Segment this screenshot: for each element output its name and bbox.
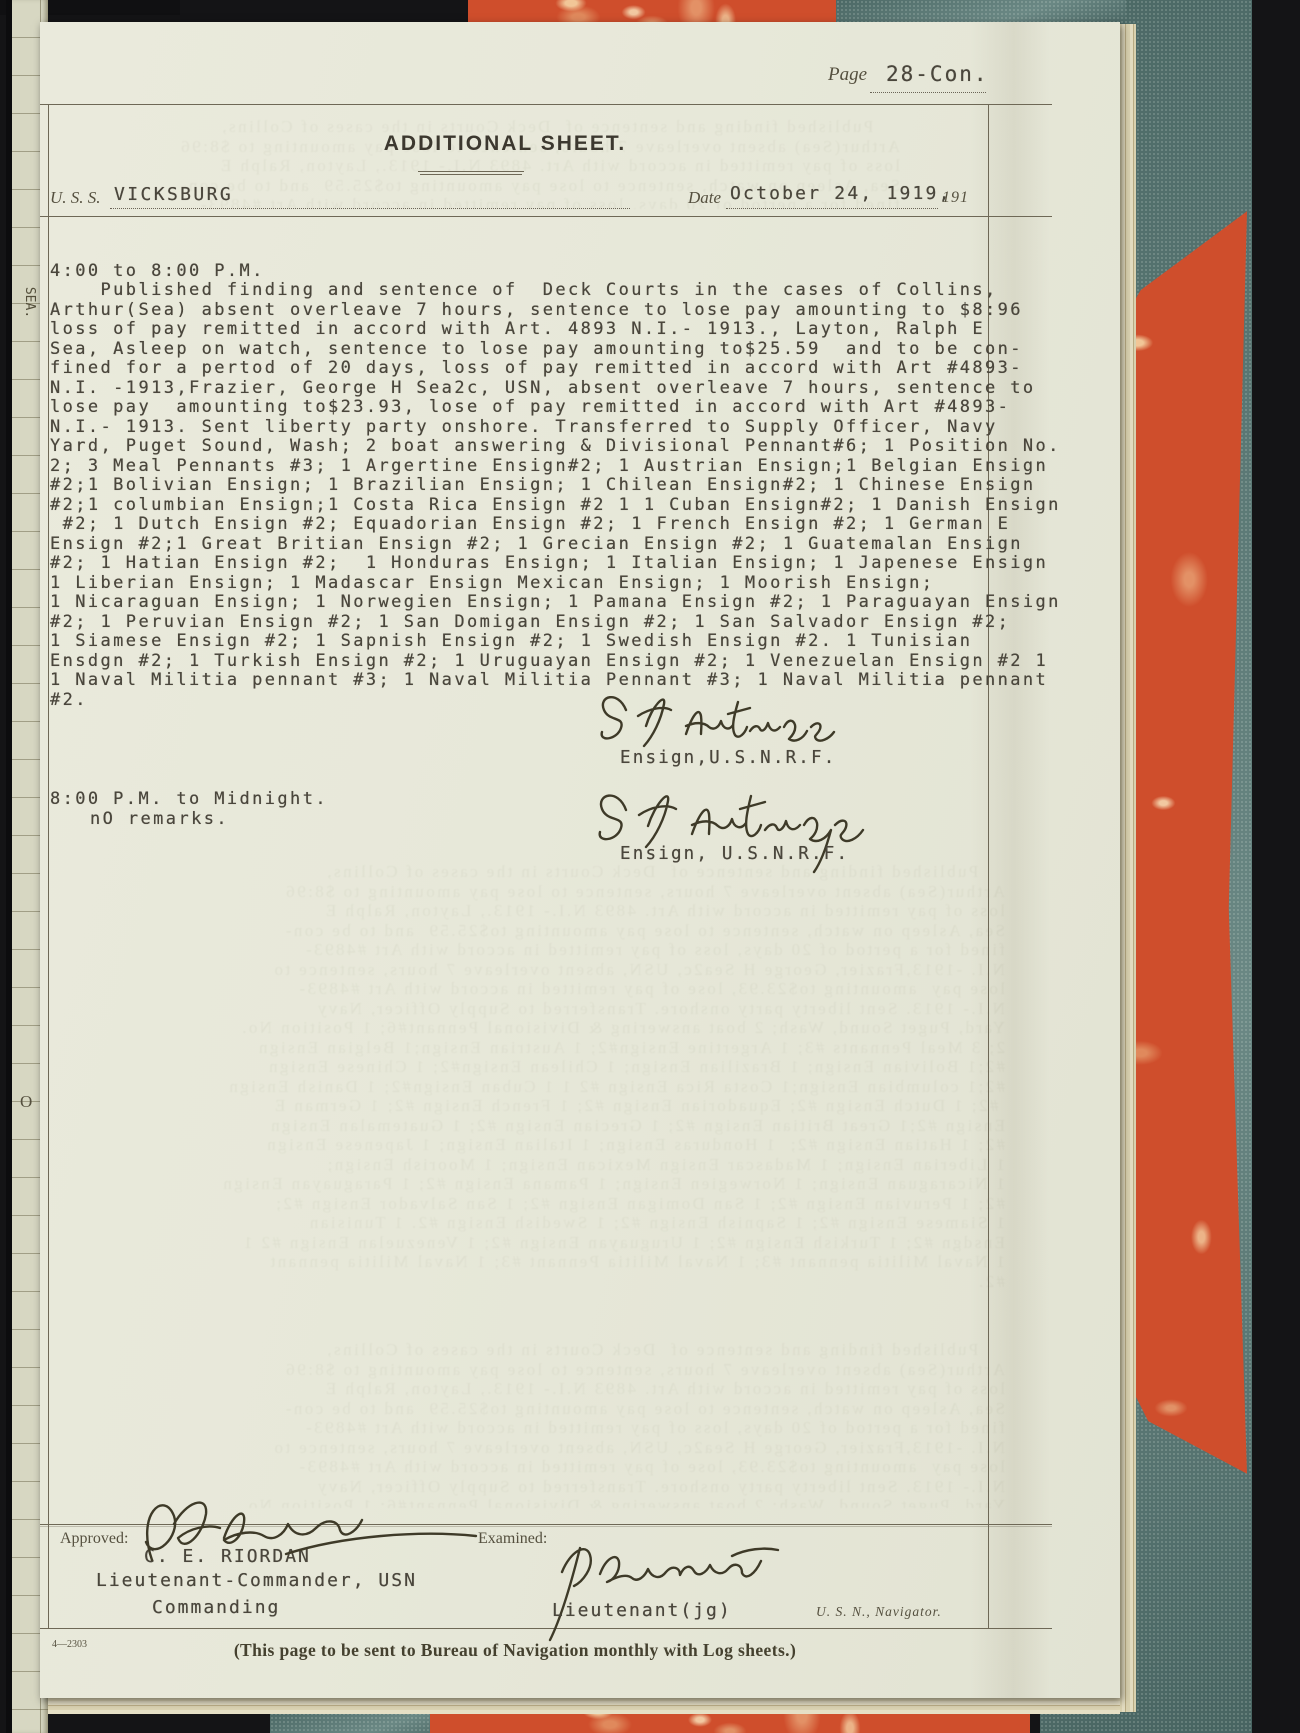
header-separator-rule	[40, 216, 1052, 217]
date-label: Date	[688, 188, 721, 208]
page-word-label: Page	[828, 64, 867, 86]
signature-rank-line: Ensign,U.S.N.R.F.	[620, 748, 837, 768]
page-number-underline	[870, 92, 986, 93]
approved-rank-line: Lieutenant-Commander, USN	[96, 1570, 417, 1591]
form-box-left-rule	[48, 104, 49, 1628]
watch-entry-time: 4:00 to 8:00 P.M.	[50, 262, 265, 282]
scanned-logbook-photo: { "side_strip": { "vertical_text": "SEA.…	[0, 0, 1300, 1733]
page-number: 28-Con.	[886, 62, 989, 86]
page-crease	[970, 22, 1050, 1698]
printed-year-stub: 191	[942, 189, 969, 207]
examined-rank-line: Lieutenant(jg)	[552, 1600, 732, 1621]
date-value: October 24, 1919,	[730, 183, 952, 204]
form-box-top-rule	[40, 104, 1052, 105]
watch-entry-body: Published finding and sentence of Deck C…	[50, 281, 1061, 710]
ship-prefix-label: U. S. S.	[50, 188, 101, 208]
navigator-label: U. S. N., Navigator.	[816, 1604, 942, 1620]
log-sheet-page: Published finding and sentence of Deck C…	[40, 22, 1120, 1698]
page-title: ADDITIONAL SHEET.	[340, 132, 670, 156]
form-number: 4—2303	[52, 1639, 87, 1650]
sliver-stray-character: O	[20, 1092, 32, 1112]
watch-entry-body: nO remarks.	[90, 810, 229, 830]
bleed-through-text: Published finding and sentence of Deck C…	[70, 862, 1005, 1324]
ship-name-underline	[110, 208, 630, 209]
approved-role-line: Commanding	[152, 1597, 280, 1618]
distribution-note: (This page to be sent to Bureau of Navig…	[160, 1640, 870, 1661]
title-underline	[418, 171, 524, 172]
ship-name: VICKSBURG	[114, 184, 233, 205]
date-underline	[726, 208, 938, 209]
hastings-signature	[592, 684, 847, 748]
signature-rank-line: Ensign, U.S.N.R.F.	[620, 844, 849, 864]
blomquist-signature	[532, 1528, 832, 1648]
sliver-vertical-label: SEA.	[22, 287, 37, 318]
watch-entry-time: 8:00 P.M. to Midnight.	[50, 790, 328, 810]
title-underline	[420, 174, 522, 175]
